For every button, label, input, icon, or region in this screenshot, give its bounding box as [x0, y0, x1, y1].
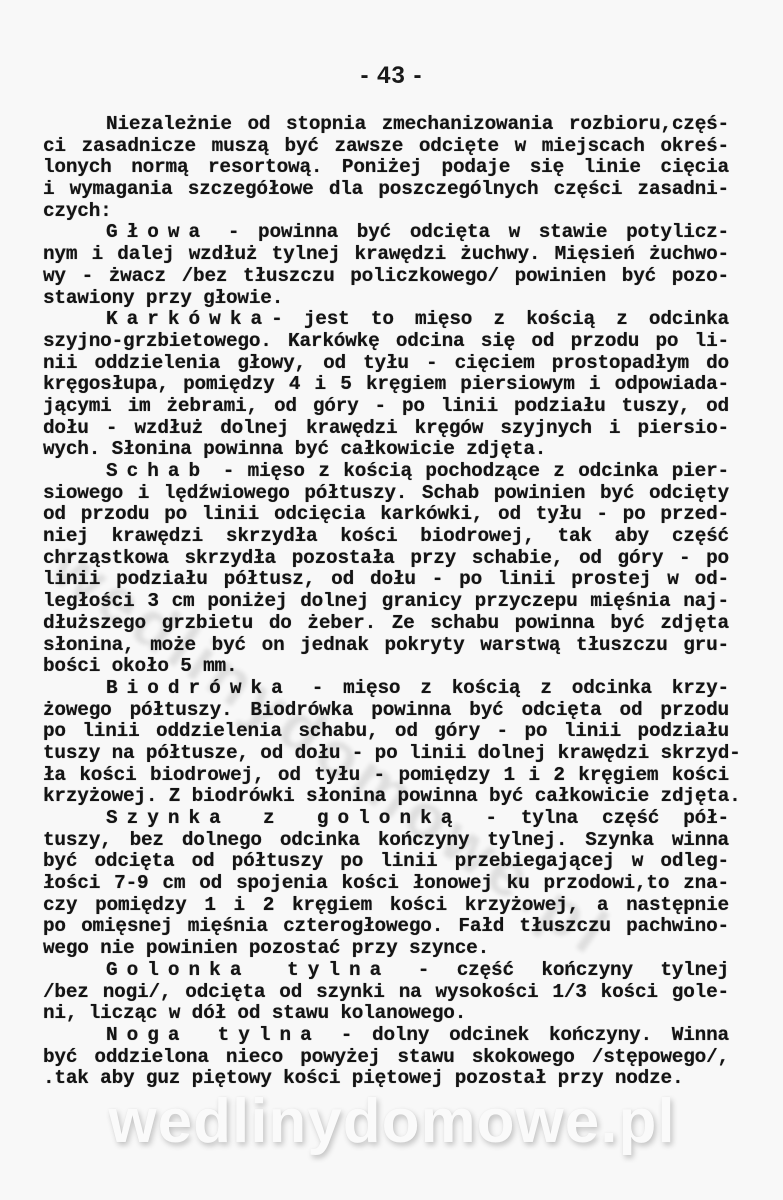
line-text: tuszy na półtusze, od dołu - po linii do…: [43, 742, 741, 764]
text-line: tuszy na półtusze, od dołu - po linii do…: [43, 743, 729, 765]
text-line: dołu - wzdłuż dolnej krawędzi kręgów szy…: [43, 418, 729, 440]
section-heading-line: Noga tylna - dolny odcinek kończyny. Win…: [43, 1025, 729, 1047]
line-text: - tylna część pół-: [461, 807, 729, 829]
line-text: wego nie powinien pozostać przy szynce.: [43, 937, 489, 959]
section-heading-line: Karkówka- jest to mięso z kością z odcin…: [43, 309, 729, 331]
line-text: po linii oddzielenia schabu, od góry - p…: [43, 720, 729, 742]
line-text: dłuższego grzbietu do żeber. Ze schabu p…: [43, 612, 729, 634]
section-headword: Głowa: [106, 221, 209, 243]
line-text: linii podziału półtusz, od dołu - po lin…: [43, 568, 729, 590]
text-line: szyjno-grzbietowego. Karkówkę odcina się…: [43, 331, 729, 353]
line-text: ni, licząc w dół od stawu kolanowego.: [43, 1002, 466, 1024]
line-text: być oddzielona nieco powyżej stawu skoko…: [43, 1046, 729, 1068]
section-heading-line: Głowa - powinna być odcięta w stawie pot…: [43, 222, 729, 244]
line-text: dołu - wzdłuż dolnej krawędzi kręgów szy…: [43, 417, 729, 439]
text-line: ległości 3 cm poniżej dolnej granicy prz…: [43, 591, 729, 613]
text-line: lonych normą resortową. Poniżej podaje s…: [43, 157, 729, 179]
line-text: krzyżowej. Z biodrówki słonina powinna b…: [43, 785, 741, 807]
line-text: słonina, może być on jednak pokryty wars…: [43, 634, 729, 656]
text-line: kręgosłupa, pomiędzy 4 i 5 kręgiem piers…: [43, 374, 729, 396]
text-line: ła kości biodrowej, od tyłu - pomiędzy 1…: [43, 765, 729, 787]
text-line: i wymagania szczegółowe dla poszczególny…: [43, 179, 729, 201]
section-headword: Golonka tylna: [106, 959, 390, 981]
line-text: stawiony przy głowie.: [43, 287, 283, 309]
line-text: bości około 5 mm.: [43, 655, 237, 677]
text-line: po omięsnej mięśnia czterogłowego. Fałd …: [43, 916, 729, 938]
text-line: jącymi im żebrami, od góry - po linii po…: [43, 396, 729, 418]
text-line: siowego i lędźwiowego półtuszy. Schab po…: [43, 483, 729, 505]
line-text: nym i dalej wzdłuż tylnej krawędzi żuchw…: [43, 243, 729, 265]
line-text: - jest to mięso z kością z odcinka: [271, 308, 729, 330]
text-line: wy - żwacz /bez tłuszczu policzkowego/ p…: [43, 266, 729, 288]
section-heading-line: Schab - mięso z kością pochodzące z odci…: [43, 461, 729, 483]
line-text: czy pomiędzy 1 i 2 kręgiem kości krzyżow…: [43, 894, 729, 916]
line-text: chrząstkowa skrzydła pozostała przy scha…: [43, 547, 729, 569]
section-headword: Szynka z golonką: [106, 807, 461, 829]
text-line: stawiony przy głowie.: [43, 288, 729, 310]
text-line: po linii oddzielenia schabu, od góry - p…: [43, 721, 729, 743]
text-line: /bez nogi/, odcięta od szynki na wysokoś…: [43, 982, 729, 1004]
line-text: szyjno-grzbietowego. Karkówkę odcina się…: [43, 330, 729, 352]
text-line: wego nie powinien pozostać przy szynce.: [43, 938, 729, 960]
text-line: wych. Słonina powinna być całkowicie zdj…: [43, 439, 729, 461]
section-headword: Noga tylna: [106, 1024, 321, 1046]
line-text: jącymi im żebrami, od góry - po linii po…: [43, 395, 729, 417]
line-text: - mięso z kością z odcinka krzy-: [292, 677, 729, 699]
site-watermark: wedlinydomowe.pl: [72, 1086, 712, 1157]
line-text: ległości 3 cm poniżej dolnej granicy prz…: [43, 590, 729, 612]
line-text: wy - żwacz /bez tłuszczu policzkowego/ p…: [43, 265, 729, 287]
text-line: linii podziału półtusz, od dołu - po lin…: [43, 569, 729, 591]
text-line: czych:: [43, 201, 729, 223]
text-line: ci zasadnicze muszą być zawsze odcięte w…: [43, 136, 729, 158]
line-text: Niezależnie od stopnia zmechanizowania r…: [106, 113, 729, 135]
line-text: nii oddzielenia głowy, od tyłu - cięciem…: [43, 352, 729, 374]
line-text: lonych normą resortową. Poniżej podaje s…: [43, 156, 729, 178]
text-line: żowego półtuszy. Biodrówka powinna być o…: [43, 700, 729, 722]
text-line: dłuższego grzbietu do żeber. Ze schabu p…: [43, 613, 729, 635]
section-headword: Schab: [106, 460, 209, 482]
line-text: siowego i lędźwiowego półtuszy. Schab po…: [43, 482, 729, 504]
line-text: od przodu po linii odcięcia karkówki, od…: [43, 503, 729, 525]
text-line: być odcięta od półtuszy po linii przebie…: [43, 851, 729, 873]
text-line: nym i dalej wzdłuż tylnej krawędzi żuchw…: [43, 244, 729, 266]
line-text: - dolny odcinek kończyny. Winna: [321, 1024, 729, 1046]
line-text: - część kończyny tylnej: [390, 959, 729, 981]
line-text: niej krawędzi skrzydła kości biodrowej, …: [43, 525, 729, 547]
line-text: tuszy, bez dolnego odcinka kończyny tyln…: [43, 829, 729, 851]
text-line: być oddzielona nieco powyżej stawu skoko…: [43, 1047, 729, 1069]
line-text: ła kości biodrowej, od tyłu - pomiędzy 1…: [43, 764, 729, 786]
line-text: ci zasadnicze muszą być zawsze odcięte w…: [43, 135, 729, 157]
line-text: /bez nogi/, odcięta od szynki na wysokoś…: [43, 981, 729, 1003]
section-heading-line: Golonka tylna - część kończyny tylnej: [43, 960, 729, 982]
section-headword: Karkówka: [106, 308, 271, 330]
line-text: czych:: [43, 200, 112, 222]
body-text: Niezależnie od stopnia zmechanizowania r…: [43, 114, 729, 1090]
document-page: wedlinydomowe.pl - 43 - Niezależnie od s…: [0, 0, 783, 1200]
text-line: ni, licząc w dół od stawu kolanowego.: [43, 1003, 729, 1025]
line-text: i wymagania szczegółowe dla poszczególny…: [43, 178, 729, 200]
section-headword: Biodrówka: [106, 677, 292, 699]
text-line: chrząstkowa skrzydła pozostała przy scha…: [43, 548, 729, 570]
section-heading-line: Szynka z golonką - tylna część pół-: [43, 808, 729, 830]
text-line: czy pomiędzy 1 i 2 kręgiem kości krzyżow…: [43, 895, 729, 917]
line-text: być odcięta od półtuszy po linii przebie…: [43, 850, 729, 872]
text-line: łości 7-9 cm od spojenia kości łonowej k…: [43, 873, 729, 895]
line-text: wych. Słonina powinna być całkowicie zdj…: [43, 438, 546, 460]
line-text: łości 7-9 cm od spojenia kości łonowej k…: [43, 872, 729, 894]
text-line: niej krawędzi skrzydła kości biodrowej, …: [43, 526, 729, 548]
line-text: kręgosłupa, pomiędzy 4 i 5 kręgiem piers…: [43, 373, 729, 395]
line-text: - powinna być odcięta w stawie potylicz-: [209, 221, 729, 243]
text-line: słonina, może być on jednak pokryty wars…: [43, 635, 729, 657]
page-number: - 43 -: [0, 62, 783, 90]
text-line: bości około 5 mm.: [43, 656, 729, 678]
text-line: tuszy, bez dolnego odcinka kończyny tyln…: [43, 830, 729, 852]
text-line: krzyżowej. Z biodrówki słonina powinna b…: [43, 786, 729, 808]
line-text: - mięso z kością pochodzące z odcinka pi…: [209, 460, 729, 482]
text-line: od przodu po linii odcięcia karkówki, od…: [43, 504, 729, 526]
text-line: Niezależnie od stopnia zmechanizowania r…: [43, 114, 729, 136]
text-line: nii oddzielenia głowy, od tyłu - cięciem…: [43, 353, 729, 375]
line-text: żowego półtuszy. Biodrówka powinna być o…: [43, 699, 729, 721]
line-text: po omięsnej mięśnia czterogłowego. Fałd …: [43, 915, 729, 937]
section-heading-line: Biodrówka - mięso z kością z odcinka krz…: [43, 678, 729, 700]
